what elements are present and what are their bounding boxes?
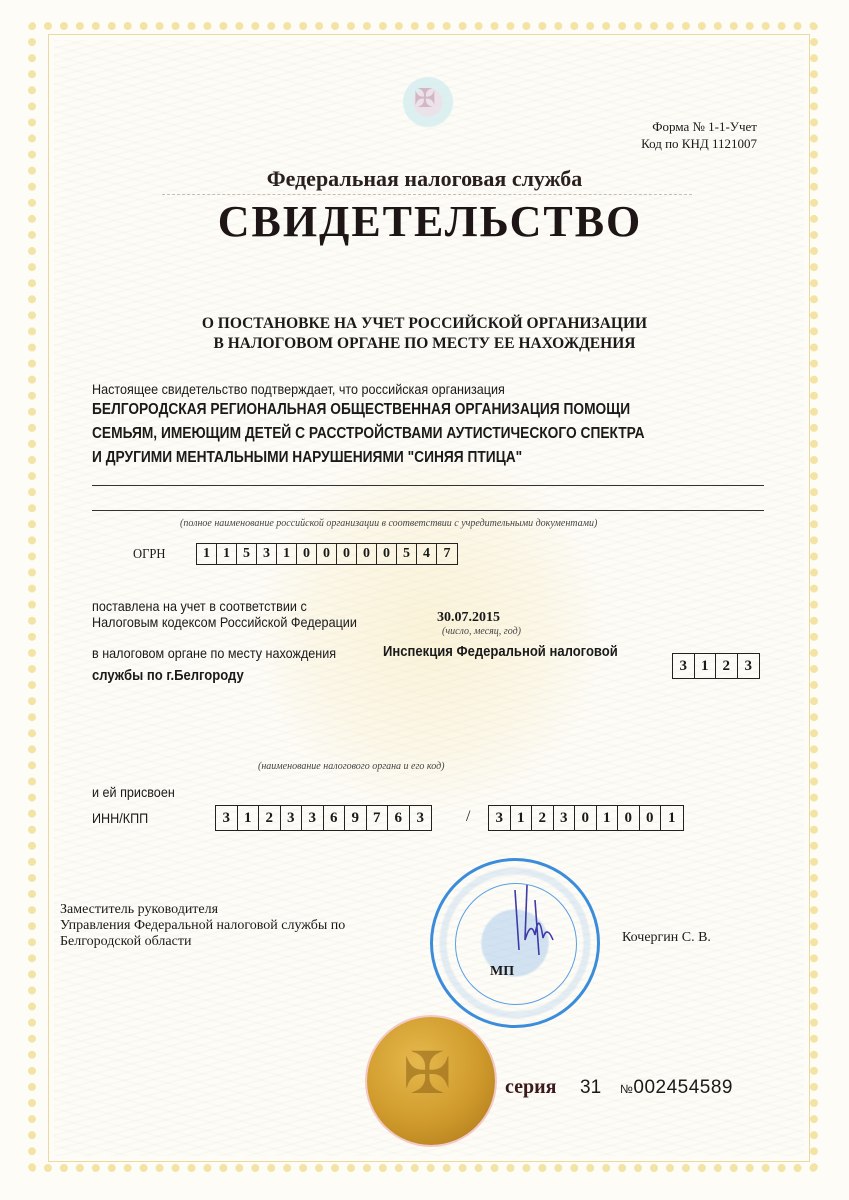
- digit-cell: 1: [197, 544, 217, 564]
- form-number: Форма № 1-1-Учет: [600, 118, 757, 135]
- gold-seal-icon: ✠: [367, 1017, 495, 1145]
- signer-name: Кочергин С. В.: [622, 930, 711, 946]
- org-name-line: БЕЛГОРОДСКАЯ РЕГИОНАЛЬНАЯ ОБЩЕСТВЕННАЯ О…: [92, 398, 763, 422]
- fill-line: [92, 510, 764, 511]
- ogrn-label: ОГРН: [133, 547, 165, 563]
- assigned-label: и ей присвоен: [92, 784, 175, 800]
- digit-cell: 2: [532, 806, 554, 830]
- organization-name: БЕЛГОРОДСКАЯ РЕГИОНАЛЬНАЯ ОБЩЕСТВЕННАЯ О…: [92, 398, 763, 470]
- digit-cell: 4: [417, 544, 437, 564]
- serial-number-value: 002454589: [633, 1077, 733, 1098]
- intro-text: Настоящее свидетельство подтверждает, чт…: [92, 381, 505, 397]
- digit-cell: 1: [277, 544, 297, 564]
- inn-kpp-label: ИНН/КПП: [92, 810, 148, 826]
- authority-name-1: Инспекция Федеральной налоговой: [383, 644, 618, 660]
- digit-cell: 3: [738, 654, 760, 678]
- authority-code: 3123: [672, 653, 760, 679]
- digit-cell: 0: [357, 544, 377, 564]
- org-name-caption: (полное наименование российской организа…: [180, 518, 597, 529]
- digit-cell: 5: [237, 544, 257, 564]
- digit-cell: 3: [216, 806, 238, 830]
- digit-cell: 2: [716, 654, 738, 678]
- digit-cell: 7: [437, 544, 457, 564]
- digit-cell: 1: [695, 654, 717, 678]
- digit-cell: 0: [575, 806, 597, 830]
- digit-cell: 9: [345, 806, 367, 830]
- document-title: СВИДЕТЕЛЬСТВО: [0, 196, 849, 247]
- registration-date: 30.07.2015: [437, 610, 500, 626]
- digit-cell: 0: [297, 544, 317, 564]
- subtitle-line: В НАЛОГОВОМ ОРГАНЕ ПО МЕСТУ ЕЕ НАХОЖДЕНИ…: [0, 334, 849, 354]
- series-label: серия: [505, 1076, 556, 1099]
- digit-cell: 1: [661, 806, 683, 830]
- digit-cell: 3: [554, 806, 576, 830]
- position-line: Заместитель руководителя: [60, 902, 345, 918]
- subtitle-line: О ПОСТАНОВКЕ НА УЧЕТ РОССИЙСКОЙ ОРГАНИЗА…: [0, 314, 849, 334]
- inn-kpp-separator: /: [466, 808, 470, 826]
- digit-cell: 5: [397, 544, 417, 564]
- fill-line: [92, 485, 764, 486]
- authority-name-2: службы по г.Белгороду: [92, 668, 244, 684]
- digit-cell: 3: [302, 806, 324, 830]
- digit-cell: 3: [281, 806, 303, 830]
- org-name-line: И ДРУГИМИ МЕНТАЛЬНЫМИ НАРУШЕНИЯМИ "СИНЯЯ…: [92, 446, 763, 470]
- digit-cell: 1: [238, 806, 260, 830]
- form-info: Форма № 1-1-Учет Код по КНД 1121007: [600, 118, 757, 152]
- inn-digits: 3123369763: [215, 805, 432, 831]
- digit-cell: 1: [511, 806, 533, 830]
- series-value: 31: [580, 1077, 601, 1099]
- digit-cell: 7: [367, 806, 389, 830]
- digit-cell: 6: [324, 806, 346, 830]
- digit-cell: 6: [388, 806, 410, 830]
- document-subtitle: О ПОСТАНОВКЕ НА УЧЕТ РОССИЙСКОЙ ОРГАНИЗА…: [0, 314, 849, 354]
- position-line: Белгородской области: [60, 934, 345, 950]
- digit-cell: 0: [618, 806, 640, 830]
- signer-position: Заместитель руководителя Управления Феде…: [60, 902, 345, 950]
- digit-cell: 3: [489, 806, 511, 830]
- kpp-digits: 312301001: [488, 805, 684, 831]
- position-line: Управления Федеральной налоговой службы …: [60, 918, 345, 934]
- ogrn-digits: 1153100000547: [196, 543, 458, 565]
- knd-code: Код по КНД 1121007: [600, 135, 757, 152]
- org-name-line: СЕМЬЯМ, ИМЕЮЩИМ ДЕТЕЙ С РАССТРОЙСТВАМИ А…: [92, 422, 763, 446]
- digit-cell: 3: [257, 544, 277, 564]
- registration-text-2: Налоговым кодексом Российской Федерации: [92, 614, 357, 630]
- stamp-label: МП: [490, 964, 514, 980]
- signature-icon: [505, 880, 565, 960]
- digit-cell: 3: [410, 806, 432, 830]
- digit-cell: 3: [673, 654, 695, 678]
- fns-emblem-icon: ✠: [400, 72, 456, 132]
- registration-text-1: поставлена на учет в соответствии с: [92, 598, 307, 614]
- date-caption: (число, месяц, год): [442, 626, 521, 637]
- number-sign: №: [620, 1082, 633, 1096]
- digit-cell: 0: [317, 544, 337, 564]
- authority-label: в налоговом органе по месту нахождения: [92, 645, 336, 661]
- serial-number: №002454589: [620, 1077, 733, 1099]
- authority-caption: (наименование налогового органа и его ко…: [258, 761, 444, 772]
- agency-name: Федеральная налоговая служба: [0, 166, 849, 192]
- digit-cell: 1: [597, 806, 619, 830]
- digit-cell: 2: [259, 806, 281, 830]
- digit-cell: 1: [217, 544, 237, 564]
- agency-divider: [162, 194, 692, 195]
- digit-cell: 0: [640, 806, 662, 830]
- digit-cell: 0: [337, 544, 357, 564]
- digit-cell: 0: [377, 544, 397, 564]
